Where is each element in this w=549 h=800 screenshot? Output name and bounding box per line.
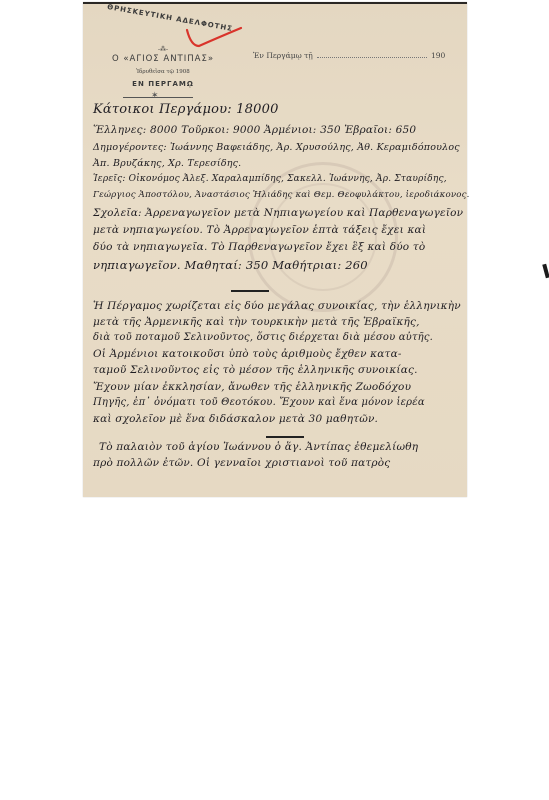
handwritten-line: Σχολεῖα: Ἀρρεναγωγεῖον μετὰ Νηπιαγωγείου… xyxy=(93,207,463,219)
handwritten-line: δύο τὰ νηπιαγωγεῖα. Τὸ Παρθεναγωγεῖον ἔχ… xyxy=(93,241,425,253)
handwritten-line: Ἱερεῖς: Οἰκονόμος Ἀλεξ. Χαραλαμπίδης, Σα… xyxy=(93,174,447,184)
handwritten-line: διὰ τοῦ ποταμοῦ Σελινοῦντος, ὅστις διέρχ… xyxy=(93,332,433,343)
handwritten-line: Δημογέροντες: Ἰωάννης Βαφειάδης, Ἀρ. Χρυ… xyxy=(93,142,460,153)
faded-circular-stamp xyxy=(248,162,398,312)
handwritten-line: μετὰ τῆς Ἀρμενικῆς καὶ τὴν τουρκικὴν μετ… xyxy=(93,316,420,328)
handwritten-line: πρὸ πολλῶν ἐτῶν. Οἱ γενναῖοι χριστιανοὶ … xyxy=(93,457,390,469)
handwritten-line: Οἱ Ἀρμένιοι κατοικοῦσι ὑπὸ τοὺς ἀριθμοὺς… xyxy=(93,348,402,360)
dateline-place: Ἐν Περγάμῳ τῇ xyxy=(253,51,313,60)
handwritten-line: Ἕλληνες: 8000 Τοῦρκοι: 9000 Ἀρμένιοι: 35… xyxy=(93,124,416,136)
handwritten-line: καὶ σχολεῖον μὲ ἕνα διδάσκαλον μετὰ 30 μ… xyxy=(93,413,378,425)
section-separator xyxy=(231,290,269,292)
dateline-blank xyxy=(317,57,427,58)
letterhead-established: Ἱδρυθεῖσα τῷ 1908 xyxy=(113,69,213,75)
star-ornament-icon: ✶ xyxy=(151,91,159,101)
section-separator xyxy=(266,436,304,438)
scan-top-edge xyxy=(83,2,467,4)
handwritten-line: Ἀπ. Βρυζάκης, Χρ. Τερεσίδης. xyxy=(93,158,241,169)
handwritten-line: Ἔχουν μίαν ἐκκλησίαν, ἄνωθεν τῆς ἑλληνικ… xyxy=(93,381,411,393)
handwritten-line: Πηγῆς, ἐπ᾽ ὀνόματι τοῦ Θεοτόκου. Ἔχουν κ… xyxy=(93,397,425,408)
handwritten-line: Τὸ παλαιὸν τοῦ ἁγίου Ἰωάννου ὁ ἅγ. Ἀντίπ… xyxy=(99,441,418,453)
dateline-year: 190 xyxy=(431,51,445,60)
handwritten-line: Ἡ Πέργαμος χωρίζεται εἰς δύο μεγάλας συν… xyxy=(93,300,461,312)
letterhead-name: Ο «ΑΓΙΟΣ ΑΝΤΙΠΑΣ» xyxy=(88,54,238,64)
document-page: ΘΡΗΣΚΕΥΤΙΚΗ ΑΔΕΛΦΟΤΗΣ -⁂- Ο «ΑΓΙΟΣ ΑΝΤΙΠ… xyxy=(83,2,467,497)
handwritten-line: Κάτοικοι Περγάμου: 18000 xyxy=(93,102,279,117)
handwritten-line: ταμοῦ Σελινοῦντος εἰς τὸ μέσον τῆς ἑλλην… xyxy=(93,364,418,376)
letterhead-ornament: -⁂- xyxy=(133,46,193,53)
handwritten-line: μετὰ νηπιαγωγείου. Τὸ Ἀρρεναγωγεῖον ἑπτὰ… xyxy=(93,224,426,236)
letterhead-city: ΕΝ ΠΕΡΓΑΜῼ xyxy=(113,80,213,88)
handwritten-line: Γεώργιος Ἀποστόλου, Ἀναστάσιος Ἠλιάδης κ… xyxy=(93,190,470,200)
handwritten-line: νηπιαγωγεῖον. Μαθηταί: 350 Μαθήτριαι: 26… xyxy=(93,258,368,272)
ink-mark xyxy=(542,264,549,279)
